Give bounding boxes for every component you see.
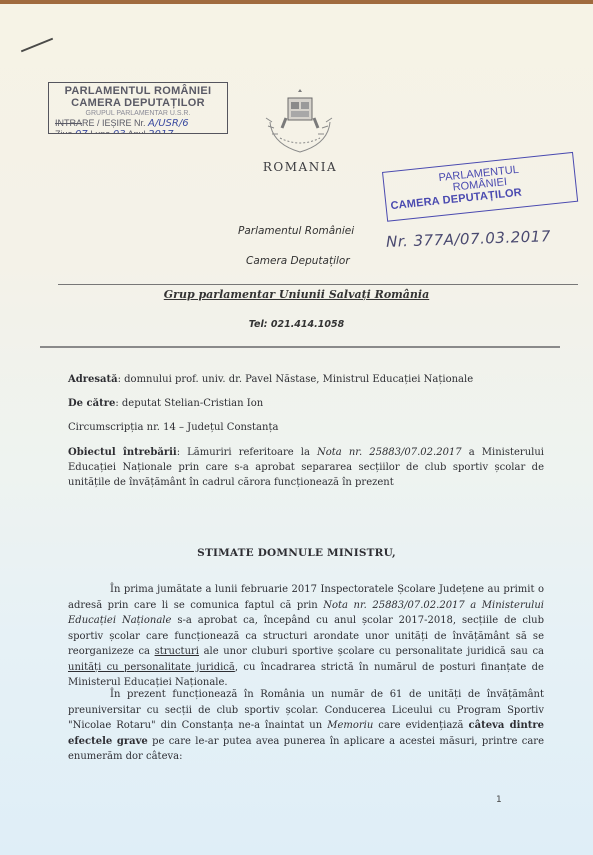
stamp-entry-label: RE / IEȘIRE Nr. (82, 118, 146, 128)
p1-underline-units: unități cu personalitate juridică (68, 662, 235, 673)
stamp-year-label: Anul (128, 129, 146, 134)
stamp-line-chamber: CAMERA DEPUTAȚILOR (49, 97, 227, 109)
stamp-line-parliament: PARLAMENTUL ROMÂNIEI (49, 85, 227, 97)
romania-coat-of-arms-icon (258, 88, 342, 168)
header-parliament: Parlamentul României (238, 225, 354, 237)
object-text-1: : Lămuriri referitoare la (177, 447, 317, 458)
salutation: STIMATE DOMNULE MINISTRU, (0, 547, 593, 559)
stamp-entry-number: A/USR/6 (148, 118, 189, 129)
addressee-value: : domnului prof. univ. dr. Pavel Năstase… (118, 374, 474, 385)
page-edge (0, 0, 593, 4)
stamp-day-label: Ziua (55, 129, 73, 134)
page-number: 1 (496, 795, 502, 805)
p2-text-2: care evidențiază (373, 720, 468, 731)
addressee-line: Adresată: domnului prof. univ. dr. Pavel… (68, 372, 568, 387)
object-line: Obiectul întrebării: Lămuriri referitoar… (68, 445, 544, 490)
handwritten-registration-number: Nr. 377A/07.03.2017 (386, 227, 551, 251)
stamp-entry-struck: INTRA (55, 118, 82, 128)
header-chamber: Camera Deputaților (246, 255, 350, 267)
telephone: Tel: 021.414.1058 (0, 319, 593, 330)
pen-mark (21, 38, 53, 53)
p1-text-3: ale unor cluburi sportive școlare cu per… (199, 646, 544, 657)
object-label: Obiectul întrebării (68, 447, 177, 458)
stamp-line-group: GRUPUL PARLAMENTAR U.S.R. (49, 109, 227, 118)
stamp-month-label: Luna (90, 129, 110, 134)
header-divider (58, 284, 578, 285)
addressee-label: Adresată (68, 374, 118, 385)
sender-line: De către: deputat Stelian-Cristian Ion (68, 396, 568, 411)
coat-of-arms-label: ROMANIA (230, 160, 370, 174)
p1-underline-structuri: structuri (155, 646, 199, 657)
paragraph-2: În prezent funcționează în România un nu… (68, 687, 544, 765)
stamp-month: 03 (113, 129, 126, 134)
sender-value: : deputat Stelian-Cristian Ion (115, 398, 263, 409)
stamp-day: 07 (75, 129, 88, 134)
stamp-entry-line: INTRARE / IEȘIRE Nr. A/USR/6 (49, 118, 227, 129)
object-note-reference: Nota nr. 25883/07.02.2017 (317, 447, 462, 458)
section-divider (40, 346, 560, 348)
p2-memoriu: Memoriu (327, 720, 373, 731)
registration-stamp-right: PARLAMENTUL ROMÂNIEI CAMERA DEPUTAȚILOR (382, 152, 578, 222)
registration-stamp-left: PARLAMENTUL ROMÂNIEI CAMERA DEPUTAȚILOR … (48, 82, 228, 134)
constituency-line: Circumscripția nr. 14 – Județul Constanț… (68, 420, 568, 435)
sender-label: De către (68, 398, 115, 409)
parliamentary-group: Grup parlamentar Uniunii Salvați România (0, 288, 593, 301)
paragraph-1: În prima jumătate a lunii februarie 2017… (68, 582, 544, 691)
stamp-year: 2017 (148, 129, 173, 134)
stamp-date-line: Ziua 07 Luna 03 Anul 2017 (49, 129, 227, 134)
